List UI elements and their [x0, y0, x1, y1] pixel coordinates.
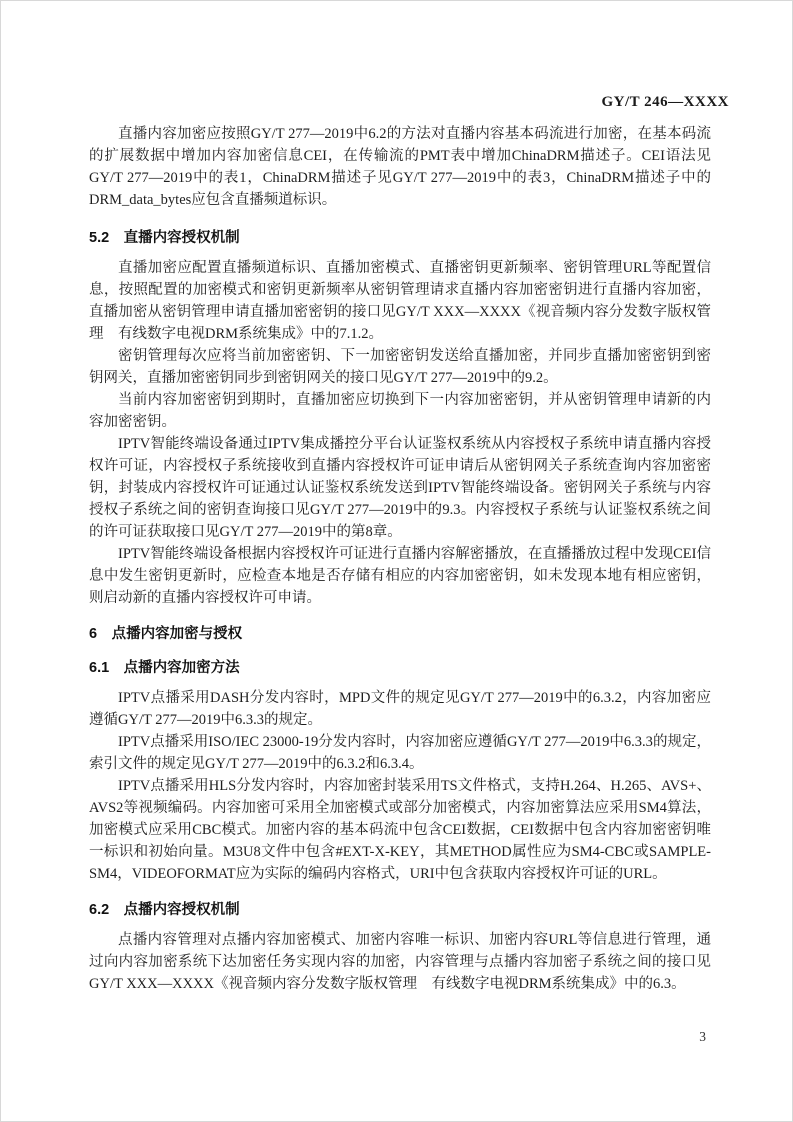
paragraph-live-encryption-method: 直播内容加密应按照GY/T 277—2019中6.2的方法对直播内容基本码流进行… — [89, 123, 711, 211]
heading-number: 5.2 — [89, 230, 109, 246]
heading-title: 点播内容授权机制 — [124, 902, 240, 918]
paragraph-live-encryption-config: 直播加密应配置直播频道标识、直播加密模式、直播密钥更新频率、密钥管理URL等配置… — [89, 257, 711, 345]
heading-6-vod-encryption-authorization: 6点播内容加密与授权 — [89, 623, 711, 645]
page-header: GY/T 246—XXXX — [1, 94, 729, 111]
paragraph-key-management-sync: 密钥管理每次应将当前加密密钥、下一加密密钥发送给直播加密，并同步直播加密密钥到密… — [89, 345, 711, 389]
paragraph-terminal-decrypt-playback: IPTV智能终端设备根据内容授权许可证进行直播内容解密播放，在直播播放过程中发现… — [89, 543, 711, 609]
heading-5-2-live-authorization: 5.2直播内容授权机制 — [89, 227, 711, 249]
heading-title: 直播内容授权机制 — [124, 230, 240, 246]
paragraph-key-expiry-switch: 当前内容加密密钥到期时，直播加密应切换到下一内容加密密钥，并从密钥管理申请新的内… — [89, 389, 711, 433]
document-content: 直播内容加密应按照GY/T 277—2019中6.2的方法对直播内容基本码流进行… — [89, 123, 711, 995]
heading-6-1-vod-encryption-method: 6.1点播内容加密方法 — [89, 657, 711, 679]
heading-number: 6 — [89, 626, 97, 642]
doc-code-label: GY/T 246—XXXX — [602, 94, 729, 110]
paragraph-vod-hls: IPTV点播采用HLS分发内容时，内容加密封装采用TS文件格式，支持H.264、… — [89, 775, 711, 885]
page-footer: 3 — [699, 1029, 706, 1045]
paragraph-vod-content-management: 点播内容管理对点播内容加密模式、加密内容唯一标识、加密内容URL等信息进行管理，… — [89, 929, 711, 995]
heading-number: 6.1 — [89, 660, 109, 676]
heading-title: 点播内容加密方法 — [124, 660, 240, 676]
heading-number: 6.2 — [89, 902, 109, 918]
paragraph-terminal-license-request: IPTV智能终端设备通过IPTV集成播控分平台认证鉴权系统从内容授权子系统申请直… — [89, 433, 711, 543]
heading-6-2-vod-authorization: 6.2点播内容授权机制 — [89, 899, 711, 921]
heading-title: 点播内容加密与授权 — [112, 626, 243, 642]
document-page: GY/T 246—XXXX 直播内容加密应按照GY/T 277—2019中6.2… — [0, 0, 793, 1122]
page-number: 3 — [699, 1029, 706, 1044]
paragraph-vod-dash: IPTV点播采用DASH分发内容时，MPD文件的规定见GY/T 277—2019… — [89, 687, 711, 731]
paragraph-vod-iso-iec: IPTV点播采用ISO/IEC 23000-19分发内容时，内容加密应遵循GY/… — [89, 731, 711, 775]
